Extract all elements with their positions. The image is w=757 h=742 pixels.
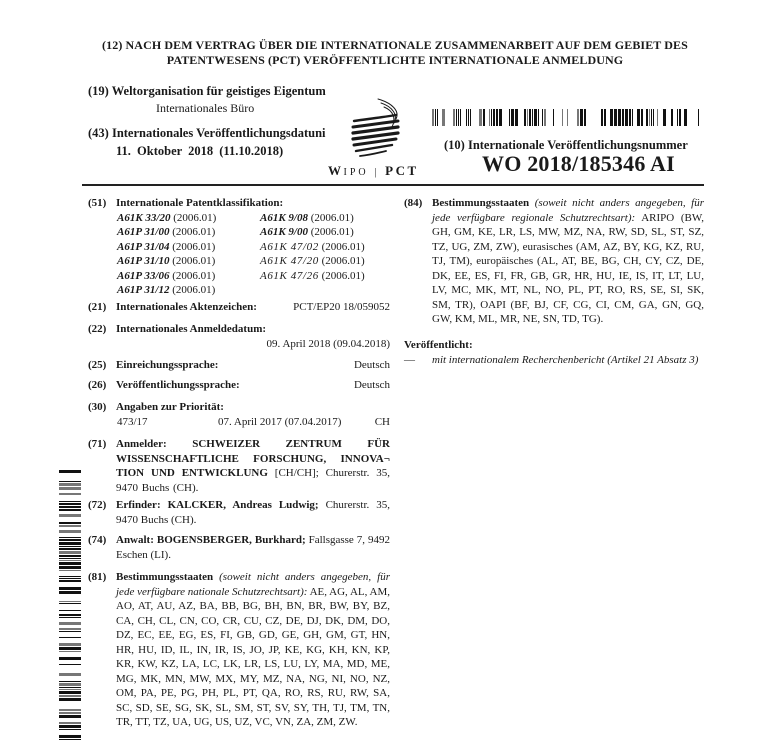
organization-subtitle: Internationales Büro	[156, 101, 254, 116]
publication-date-value: 11. Oktober 2018 (11.10.2018)	[116, 144, 283, 159]
attorney-name: BOGENSBERGER, Burkhard;	[157, 534, 306, 546]
field-label: Internationales Anmeldedatum:	[116, 323, 266, 335]
ipc-code: A61P 33/06 (2006.01)	[117, 269, 260, 284]
field-number: (26)	[88, 378, 116, 393]
regional-states-list: ARIPO (BW, GH, GM, KE, LR, LS, MW, MZ, N…	[432, 212, 704, 326]
field-22-filing-date: (22)Internationales Anmeldedatum: 09. Ap…	[88, 322, 390, 351]
field-label: Veröffentlichungssprache:	[116, 379, 240, 391]
title-line-2: PATENTWESENS (PCT) VERÖFFENTLICHTE INTER…	[90, 53, 700, 68]
ipc-code-version: (2006.01)	[170, 212, 216, 224]
publication-number: WO 2018/185346 AI	[482, 151, 675, 177]
field-number: (84)	[404, 196, 432, 327]
ipc-code-version: (2006.01)	[308, 226, 354, 238]
ipc-code-version: (2006.01)	[319, 255, 365, 267]
ipc-code: A61P 31/10 (2006.01)	[117, 254, 260, 269]
field-label: Einreichungssprache:	[116, 359, 218, 371]
ipc-code: A61K 9/00 (2006.01)	[260, 225, 410, 240]
field-number: (30)	[88, 400, 116, 415]
published-label: Veröffentlicht:	[404, 338, 704, 353]
ipc-code-symbol: A61P 31/00	[117, 226, 169, 238]
inventor-name: KALCKER, Andreas Ludwig;	[168, 499, 319, 511]
wipo-pct-wordmark: WIPO | PCT	[328, 163, 419, 179]
field-number: (71)	[88, 437, 116, 495]
wipo-pct: PCT	[385, 163, 419, 178]
published-dash: —	[404, 353, 432, 368]
published-section: Veröffentlicht: — mit internationalem Re…	[404, 338, 704, 367]
field-label: Internationales Aktenzeichen:	[116, 301, 257, 313]
ipc-code: A61K 47/02 (2006.01)	[260, 240, 410, 255]
field-number: (22)	[88, 322, 116, 337]
ipc-code: A61K 33/20 (2006.01)	[117, 211, 260, 226]
designated-states-list: AE, AG, AL, AM, AO, AT, AU, AZ, BA, BB, …	[116, 586, 390, 729]
field-label: Anwalt:	[116, 534, 154, 546]
field-number: (51)	[88, 196, 116, 211]
publication-barcode-icon	[432, 109, 700, 126]
document-title: (12) NACH DEM VERTRAG ÜBER DIE INTERNATI…	[90, 38, 700, 68]
ipc-code-version: (2006.01)	[169, 226, 215, 238]
ipc-code-version: (2006.01)	[169, 284, 215, 296]
field-label: Anmelder:	[116, 438, 167, 450]
wipo-separator: |	[374, 167, 379, 178]
field-26-publication-language: (26)Veröffentlichungssprache: Deutsch	[88, 378, 390, 393]
field-25-filing-language: (25)Einreichungssprache: Deutsch	[88, 358, 390, 373]
priority-date: 07. April 2017 (07.04.2017)	[218, 415, 375, 430]
field-81-national-states: (81) Bestimmungsstaaten (soweit nicht an…	[88, 570, 390, 730]
field-value: 09. April 2018 (09.04.2018)	[88, 337, 390, 352]
ipc-code: A61K 47/20 (2006.01)	[260, 254, 410, 269]
ipc-classification-list: A61K 33/20 (2006.01)A61K 9/08 (2006.01)A…	[88, 211, 390, 298]
ipc-code-version: (2006.01)	[319, 241, 365, 253]
field-value: PCT/EP20 18/059052	[293, 300, 390, 315]
header-divider	[82, 184, 704, 186]
field-51-ipc: (51)Internationale Patentklassifikation:…	[88, 196, 390, 298]
ipc-code: A61P 31/04 (2006.01)	[117, 240, 260, 255]
side-barcode-icon	[59, 470, 81, 742]
field-number: (74)	[88, 533, 116, 562]
priority-country: CH	[375, 415, 390, 430]
field-value: Deutsch	[354, 358, 390, 373]
ipc-code: A61K 9/08 (2006.01)	[260, 211, 410, 226]
field-84-regional-states: (84) Bestimmungsstaaten (soweit nicht an…	[404, 196, 704, 327]
ipc-code	[260, 283, 410, 298]
ipc-code-symbol: A61P 31/04	[117, 241, 169, 253]
ipc-code: A61P 31/00 (2006.01)	[117, 225, 260, 240]
field-72-inventor: (72) Erfinder: KALCKER, Andreas Ludwig; …	[88, 498, 390, 527]
published-item: mit internationalem Recherchenbericht (A…	[432, 353, 704, 368]
field-label: Bestimmungsstaaten	[116, 571, 213, 583]
field-label: Erfinder:	[116, 499, 161, 511]
organization-label: (19) Weltorganisation für geistiges Eige…	[88, 84, 326, 99]
wipo-w: W	[328, 163, 344, 178]
field-value: Deutsch	[354, 378, 390, 393]
ipc-code-version: (2006.01)	[169, 255, 215, 267]
field-number: (21)	[88, 300, 116, 315]
field-number: (81)	[88, 570, 116, 730]
ipc-code-symbol: A61K 9/00	[260, 226, 308, 238]
field-number: (25)	[88, 358, 116, 373]
ipc-code-version: (2006.01)	[169, 241, 215, 253]
publication-date-label: (43) Internationales Veröffentlichungsda…	[88, 126, 326, 141]
wipo-ipo: IPO	[344, 167, 369, 178]
field-label: Bestimmungsstaaten	[432, 197, 529, 209]
ipc-code: A61P 31/12 (2006.01)	[117, 283, 260, 298]
ipc-code-symbol: A61P 31/12	[117, 284, 169, 296]
field-21-application-number: (21)Internationales Aktenzeichen: PCT/EP…	[88, 300, 390, 315]
field-30-priority: (30)Angaben zur Priorität: 473/17 07. Ap…	[88, 400, 390, 429]
field-label: Angaben zur Priorität:	[116, 401, 224, 413]
field-71-applicant: (71) Anmelder: SCHWEIZER ZENTRUM FÜR WIS…	[88, 437, 390, 495]
priority-number: 473/17	[117, 415, 218, 430]
ipc-code-symbol: A61K 47/20	[260, 255, 319, 267]
field-label: Internationale Patentklassifikation:	[116, 197, 283, 209]
ipc-code-version: (2006.01)	[308, 212, 354, 224]
ipc-code: A61K 47/26 (2006.01)	[260, 269, 410, 284]
title-line-1: (12) NACH DEM VERTRAG ÜBER DIE INTERNATI…	[90, 38, 700, 53]
ipc-code-version: (2006.01)	[169, 270, 215, 282]
field-number: (72)	[88, 498, 116, 527]
ipc-code-symbol: A61K 33/20	[117, 212, 170, 224]
field-74-attorney: (74) Anwalt: BOGENSBERGER, Burkhard; Fal…	[88, 533, 390, 562]
ipc-code-symbol: A61K 47/02	[260, 241, 319, 253]
ipc-code-symbol: A61P 33/06	[117, 270, 169, 282]
ipc-code-symbol: A61P 31/10	[117, 255, 169, 267]
ipc-code-symbol: A61K 47/26	[260, 270, 319, 282]
ipc-code-version: (2006.01)	[319, 270, 365, 282]
ipc-code-symbol: A61K 9/08	[260, 212, 308, 224]
wipo-globe-logo-icon	[348, 97, 408, 161]
